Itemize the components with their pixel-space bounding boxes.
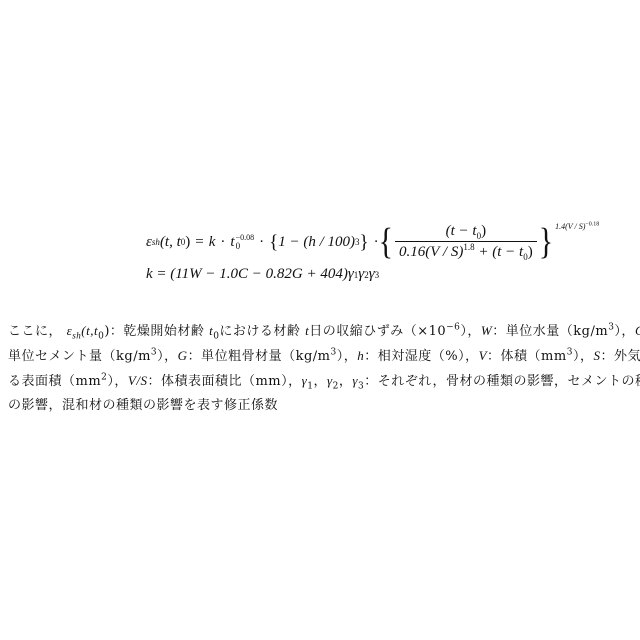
dot-operator: · <box>220 234 225 251</box>
shrinkage-equation: εsh (t, t0) = k · t −0.08 0 · { 1 − (h /… <box>146 218 599 266</box>
variable-description: ここに， εsh(t,t0)：乾燥開始材齢 t0における材齢 t日の収縮ひずみ（… <box>8 318 633 418</box>
t-symbol: t <box>230 234 234 251</box>
open-brace-1: { <box>269 233 278 252</box>
open-brace-2: { <box>379 223 393 261</box>
t-subscript: 0 <box>236 242 255 251</box>
gamma-1: γ <box>348 266 354 283</box>
outer-exponent: 1.4(V / S)−0.18 <box>555 222 599 231</box>
fraction-denominator: 0.16(V / S)1.8 + (t − t0) <box>395 241 537 261</box>
k-definition-equation: k = (11W − 1.0C − 0.82G + 404) γ1 γ2 γ3 <box>146 266 379 283</box>
close-brace-1: } <box>360 233 369 252</box>
humidity-term: 1 − (h / 100) <box>278 234 355 251</box>
description-line-3: る表面積（mm2），V/S：体積表面積比（mm），γ1，γ2，γ3：それぞれ，骨… <box>8 368 633 393</box>
time-fraction: (t − t0) 0.16(V / S)1.8 + (t − t0) <box>395 223 537 261</box>
close-brace-2: } <box>539 223 553 261</box>
k-symbol: k <box>146 266 153 283</box>
gamma-3: γ <box>369 266 375 283</box>
lhs-args-end: ) <box>185 234 190 251</box>
description-line-1: ここに， εsh(t,t0)：乾燥開始材齢 t0における材齢 t日の収縮ひずみ（… <box>8 318 633 343</box>
fraction-numerator: (t − t0) <box>442 223 490 241</box>
equals-sign: = <box>195 234 203 251</box>
k-rhs: = (11W − 1.0C − 0.82G + 404) <box>153 266 348 283</box>
dot-operator-2: · <box>259 234 264 251</box>
description-line-2: 単位セメント量（kg/m3），G：単位粗骨材量（kg/m3），h：相対湿度（%）… <box>8 343 633 368</box>
k-symbol: k <box>209 234 216 251</box>
description-line-4: の影響，混和材の種類の影響を表す修正係数 <box>8 393 633 418</box>
lhs-args: (t, t <box>160 234 181 251</box>
